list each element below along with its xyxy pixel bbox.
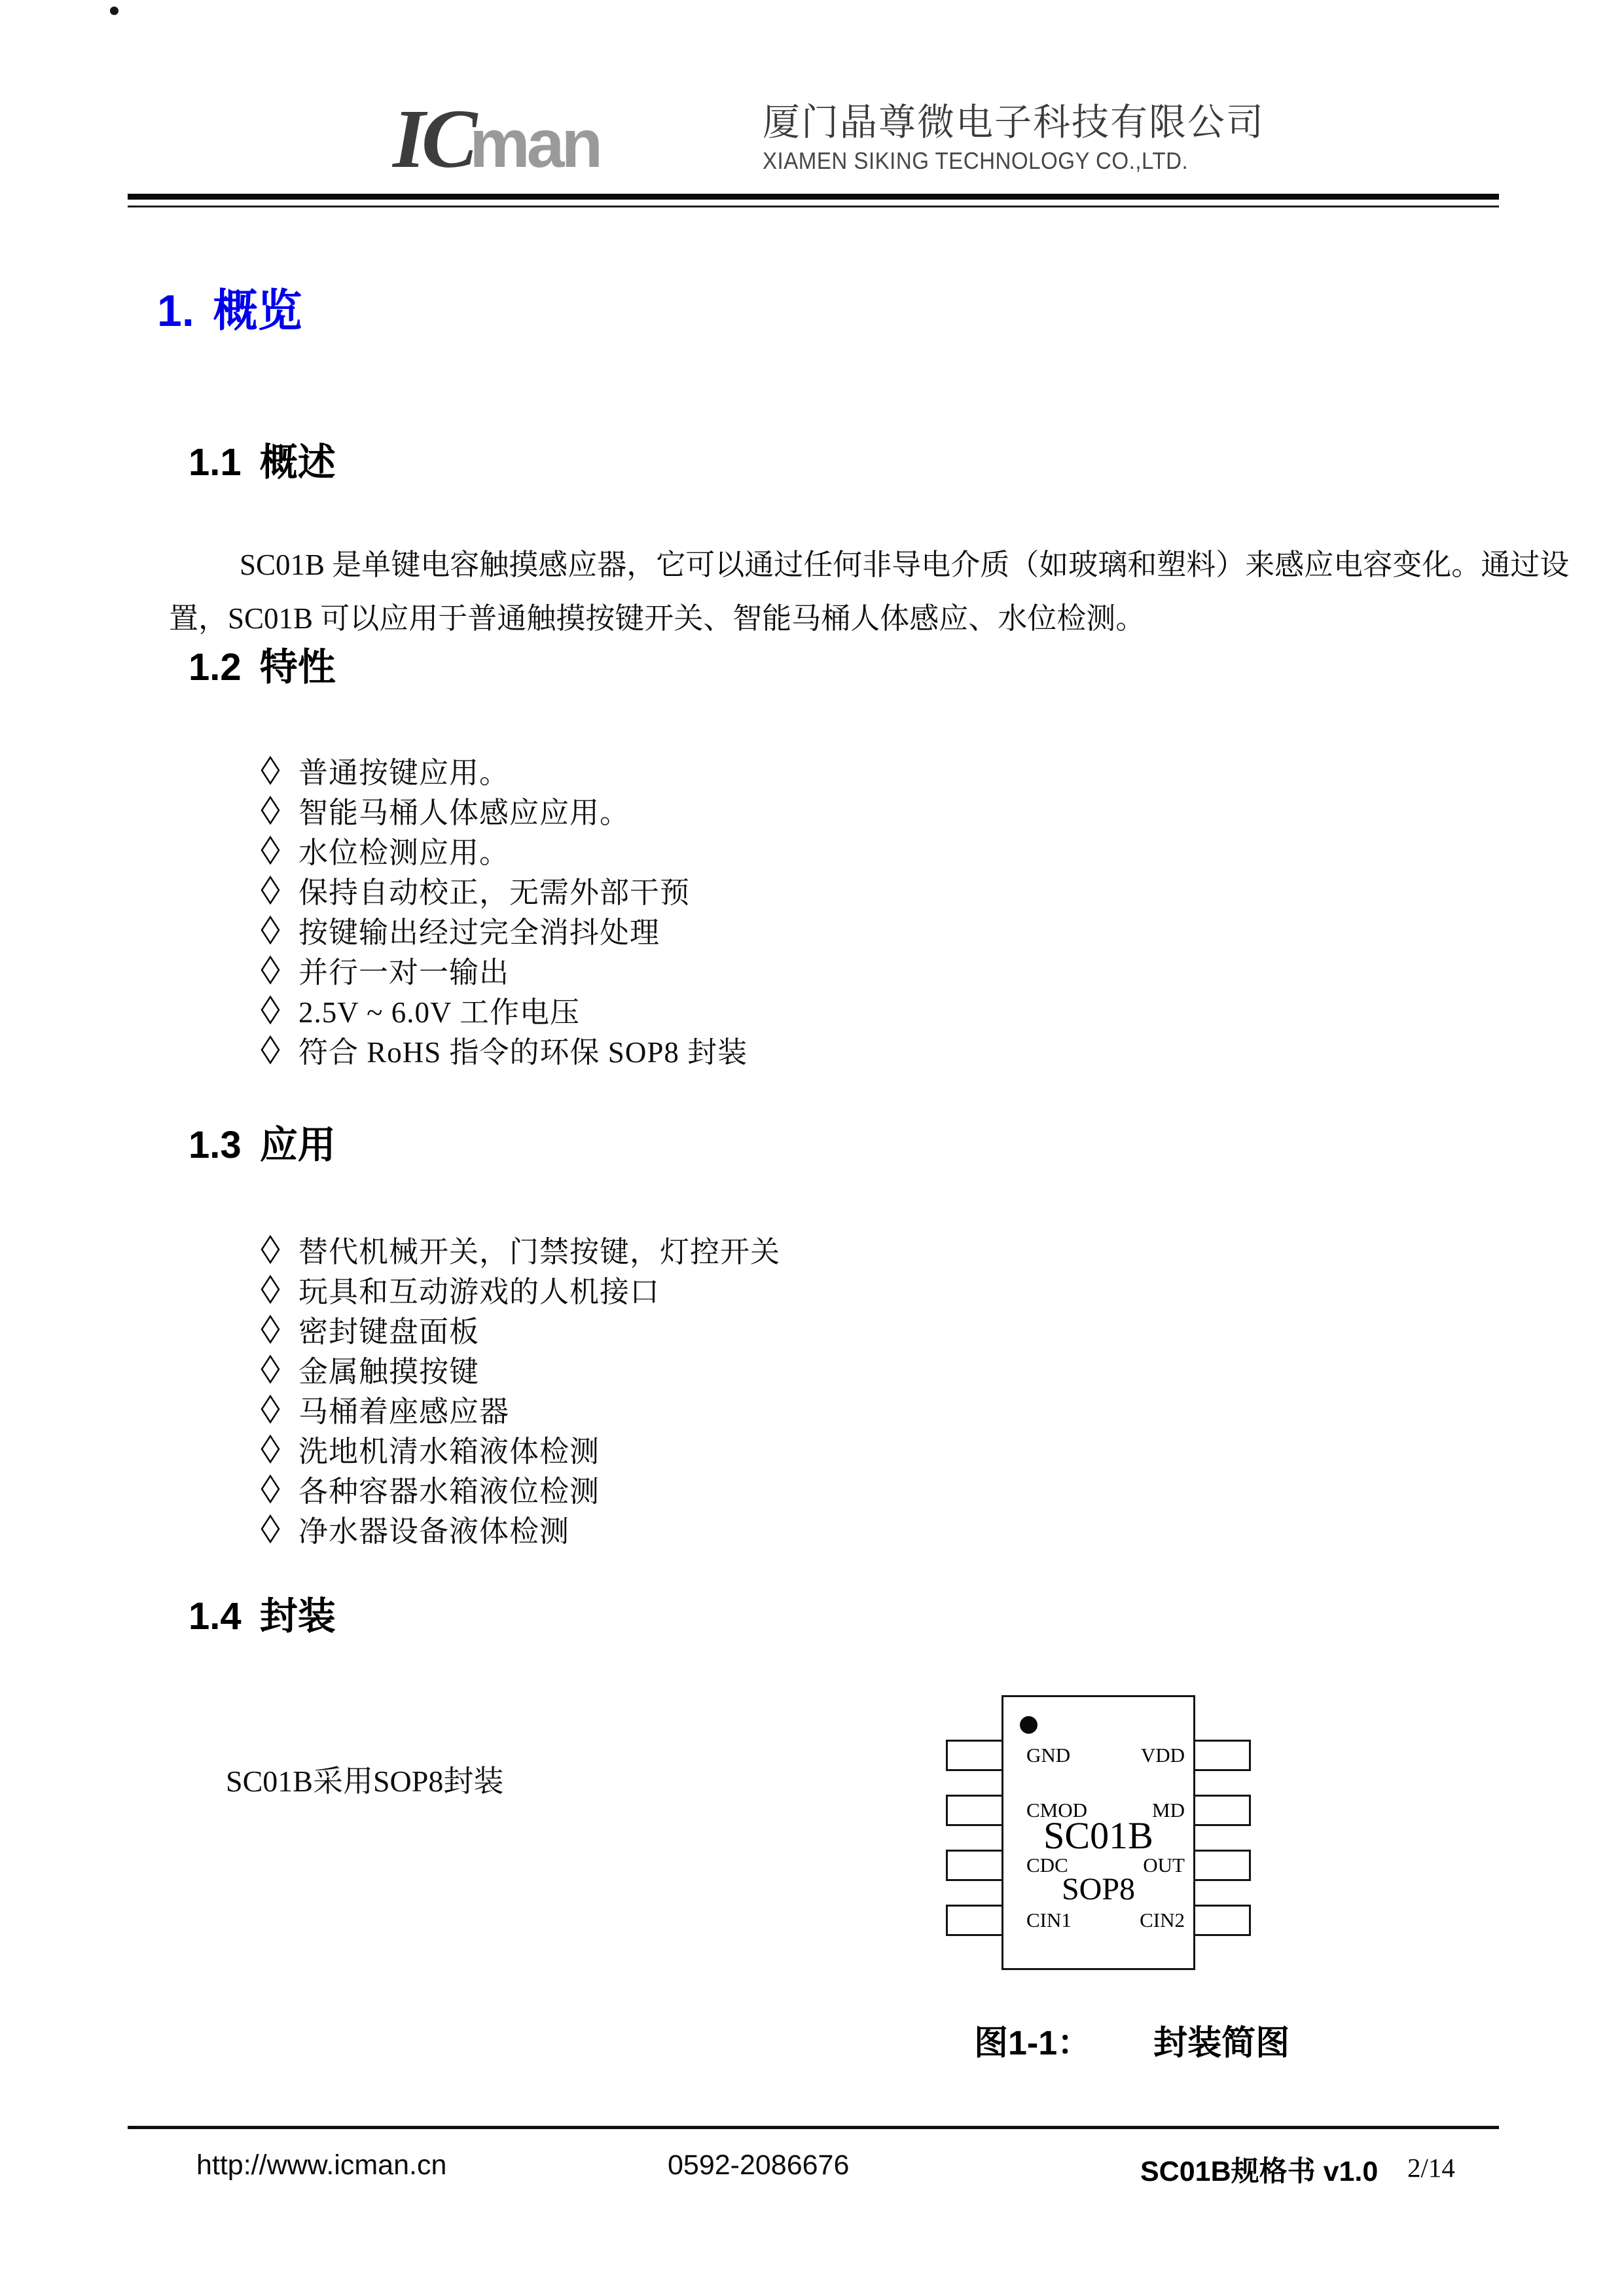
application-text: 替代机械开关，门禁按键，灯控开关 (298, 1228, 780, 1270)
list-item: 替代机械开关，门禁按键，灯控开关 (261, 1229, 780, 1269)
list-item: 水位检测应用。 (261, 830, 748, 870)
application-text: 净水器设备液体检测 (298, 1507, 569, 1550)
pin-stub (1193, 1795, 1251, 1826)
feature-text: 符合 RoHS 指令的环保 SOP8 封装 (298, 1028, 748, 1071)
overview-paragraph-line1: SC01B 是单键电容触摸感应器，它可以通过任何非导电介质（如玻璃和塑料）来感应… (169, 538, 1471, 592)
footer-page-number: 2/14 (1407, 2152, 1455, 2183)
pin-stub (1193, 1905, 1251, 1936)
list-item: 各种容器水箱液位检测 (261, 1469, 780, 1509)
chip-package-type: SOP8 (1001, 1872, 1195, 1907)
pin-stub (946, 1905, 1003, 1936)
datasheet-page: IC man 厦门晶尊微电子科技有限公司 XIAMEN SIKING TECHN… (0, 0, 1624, 2296)
pin-stub (946, 1740, 1003, 1771)
pin-stub (946, 1850, 1003, 1881)
diamond-bullet-icon (261, 1435, 280, 1463)
application-text: 密封键盘面板 (298, 1308, 479, 1350)
list-item: 密封键盘面板 (261, 1309, 780, 1349)
list-item: 金属触摸按键 (261, 1349, 780, 1389)
diamond-bullet-icon (261, 796, 280, 825)
pin-label: VDD (1090, 1742, 1185, 1768)
package-description: SC01B采用SOP8封装 (226, 1757, 503, 1801)
company-name-block: 厦门晶尊微电子科技有限公司 XIAMEN SIKING TECHNOLOGY C… (763, 101, 1265, 175)
footer-website-link[interactable]: http://www.icman.cn (196, 2149, 446, 2181)
diamond-bullet-icon (261, 996, 280, 1024)
list-item: 普通按键应用。 (261, 750, 748, 790)
feature-text: 智能马桶人体感应应用。 (298, 789, 630, 831)
list-item: 并行一对一输出 (261, 950, 748, 990)
pin-label: CIN1 (1026, 1907, 1072, 1933)
logo-man-text: man (469, 110, 600, 178)
footer-doc-title: SC01B规格书 v1.0 (1140, 2149, 1378, 2189)
diamond-bullet-icon (261, 1035, 280, 1064)
features-list: 普通按键应用。 智能马桶人体感应应用。 水位检测应用。 保持自动校正，无需外部干… (261, 750, 748, 1069)
header-rule-thin (128, 206, 1499, 207)
diamond-bullet-icon (261, 756, 280, 785)
application-text: 洗地机清水箱液体检测 (298, 1427, 600, 1470)
diamond-bullet-icon (261, 956, 280, 984)
footer-phone-number: 0592-2086676 (668, 2149, 849, 2181)
figure-caption-label: 图1-1： (974, 2024, 1091, 2063)
company-logo: IC man (393, 97, 600, 181)
pin-label: CIN2 (1090, 1907, 1185, 1933)
figure-caption: 图1-1： 封装简图 (974, 2024, 1290, 2063)
company-name-cn: 厦门晶尊微电子科技有限公司 (763, 101, 1265, 143)
diamond-bullet-icon (261, 1315, 280, 1344)
corner-dot-icon (110, 7, 118, 15)
list-item: 符合 RoHS 指令的环保 SOP8 封装 (261, 1030, 748, 1069)
list-item: 2.5V ~ 6.0V 工作电压 (261, 990, 748, 1030)
chip-part-number: SC01B (1001, 1815, 1195, 1857)
pin-stub (1193, 1850, 1251, 1881)
diamond-bullet-icon (261, 876, 280, 905)
list-item: 按键输出经过完全消抖处理 (261, 910, 748, 950)
feature-text: 按键输出经过完全消抖处理 (298, 908, 660, 951)
application-text: 马桶着座感应器 (298, 1388, 509, 1430)
list-item: 洗地机清水箱液体检测 (261, 1429, 780, 1469)
pin-label: GND (1026, 1742, 1070, 1768)
feature-text: 并行一对一输出 (298, 948, 509, 991)
application-text: 各种容器水箱液位检测 (298, 1467, 600, 1510)
section-1-1-heading: 1.1 概述 (189, 442, 336, 484)
diamond-bullet-icon (261, 1355, 280, 1384)
pin-stub (1193, 1740, 1251, 1771)
pin-stub (946, 1795, 1003, 1826)
application-text: 玩具和互动游戏的人机接口 (298, 1268, 660, 1310)
section-1-3-heading: 1.3 应用 (189, 1124, 336, 1166)
pin1-indicator-dot (1020, 1716, 1038, 1734)
list-item: 玩具和互动游戏的人机接口 (261, 1269, 780, 1309)
diamond-bullet-icon (261, 836, 280, 865)
applications-list: 替代机械开关，门禁按键，灯控开关 玩具和互动游戏的人机接口 密封键盘面板 金属触… (261, 1229, 780, 1549)
diamond-bullet-icon (261, 1395, 280, 1424)
sop8-package-diagram: GND CMOD CDC CIN1 VDD MD OUT CIN2 SC01B … (946, 1676, 1254, 1990)
feature-text: 普通按键应用。 (298, 749, 509, 791)
feature-text: 2.5V ~ 6.0V 工作电压 (298, 988, 580, 1031)
feature-text: 保持自动校正，无需外部干预 (298, 869, 690, 911)
section-1-4-heading: 1.4 封装 (189, 1596, 336, 1638)
diamond-bullet-icon (261, 916, 280, 944)
overview-paragraph: SC01B 是单键电容触摸感应器，它可以通过任何非导电介质（如玻璃和塑料）来感应… (169, 538, 1471, 645)
application-text: 金属触摸按键 (298, 1348, 479, 1390)
list-item: 保持自动校正，无需外部干预 (261, 870, 748, 910)
diamond-bullet-icon (261, 1235, 280, 1264)
list-item: 净水器设备液体检测 (261, 1509, 780, 1549)
footer-rule (128, 2126, 1499, 2129)
list-item: 智能马桶人体感应应用。 (261, 790, 748, 830)
header-rule-thick (128, 194, 1499, 200)
section-1-2-heading: 1.2 特性 (189, 647, 336, 689)
overview-paragraph-line2: 置，SC01B 可以应用于普通触摸按键开关、智能马桶人体感应、水位检测。 (169, 592, 1471, 645)
diamond-bullet-icon (261, 1515, 280, 1543)
company-name-en: XIAMEN SIKING TECHNOLOGY CO.,LTD. (763, 147, 1225, 175)
diamond-bullet-icon (261, 1475, 280, 1503)
figure-caption-title: 封装简图 (1153, 2024, 1290, 2063)
logo-ic-text: IC (393, 97, 473, 181)
section-1-heading: 1. 概览 (157, 287, 302, 335)
list-item: 马桶着座感应器 (261, 1389, 780, 1429)
diamond-bullet-icon (261, 1275, 280, 1304)
feature-text: 水位检测应用。 (298, 829, 509, 871)
